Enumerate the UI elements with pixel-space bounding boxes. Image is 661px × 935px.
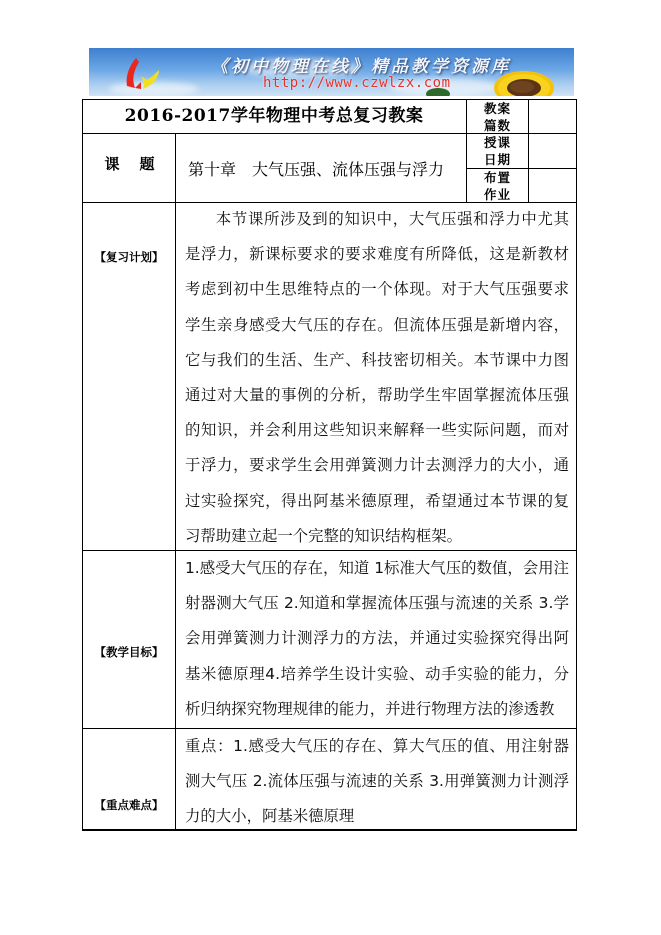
teaching-date-value[interactable] bbox=[529, 134, 576, 168]
section-label-teaching-goals: 【教学目标】 bbox=[83, 644, 175, 660]
field-label-homework: 布置 作业 bbox=[467, 169, 528, 202]
review-plan-text: 本节课所涉及到的知识中，大气压强和浮力中尤其是浮力，新课标要求的要求难度有所降低… bbox=[185, 202, 569, 554]
teaching-goals-text: 1.感受大气压的存在，知道 1标准大气压的数值，会用注射器测大气压 2.知道和掌… bbox=[185, 551, 569, 727]
section-label-review-plan: 【复习计划】 bbox=[83, 249, 175, 265]
banner-url[interactable]: http://www.czwlzx.com bbox=[263, 75, 451, 91]
field-label-line: 布置 bbox=[467, 169, 528, 186]
czwlzx-logo-icon bbox=[119, 56, 163, 92]
field-label-teaching-date: 授课 日期 bbox=[467, 134, 528, 168]
field-label-line: 作业 bbox=[467, 186, 528, 203]
key-points-text: 重点：1.感受大气压的存在、算大气压的值、用注射器测大气压 2.流体压强与流速的… bbox=[185, 729, 569, 835]
field-label-line: 授课 bbox=[467, 134, 528, 151]
document-title: 2016-2017学年物理中考总复习教案 bbox=[82, 99, 466, 133]
topic-value: 第十章 大气压强、流体压强与浮力 bbox=[188, 157, 466, 180]
banner-title: 《初中物理在线》精品教学资源库 bbox=[211, 52, 511, 77]
homework-value[interactable] bbox=[529, 169, 576, 202]
leaf-icon bbox=[424, 84, 452, 96]
lesson-plan-table: 2016-2017学年物理中考总复习教案 教案 篇数 授课 日期 布置 作业 课… bbox=[82, 99, 577, 831]
topic-label: 课题 bbox=[84, 153, 175, 174]
sunflower-icon bbox=[493, 66, 555, 96]
lesson-count-value[interactable] bbox=[529, 100, 576, 133]
field-label-lesson-count: 教案 篇数 bbox=[467, 100, 528, 133]
field-label-line: 教案 bbox=[467, 100, 528, 117]
site-banner: 《初中物理在线》精品教学资源库 http://www.czwlzx.com bbox=[89, 48, 574, 96]
field-label-line: 篇数 bbox=[467, 117, 528, 134]
section-label-key-points: 【重点难点】 bbox=[83, 797, 175, 813]
field-label-line: 日期 bbox=[467, 151, 528, 168]
